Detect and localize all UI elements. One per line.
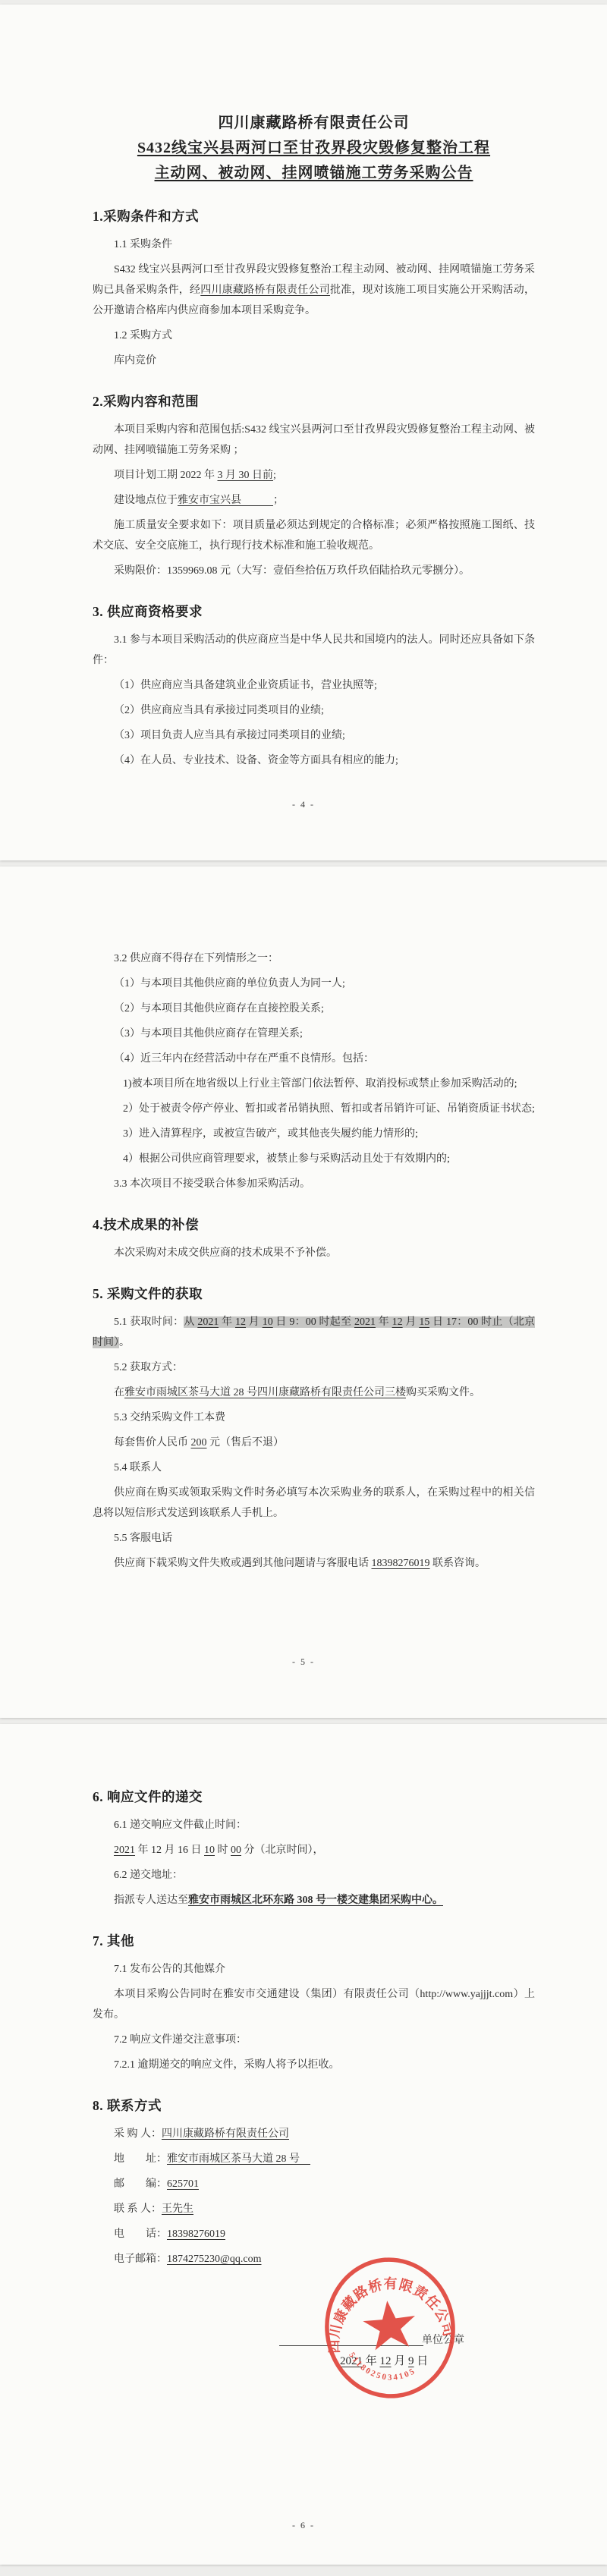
page-3: 6. 响应文件的递交6.1 递交响应文件截止时间：2021 年 12 月 16 … (0, 1724, 607, 2565)
doc-title-line-2: S432线宝兴县两河口至甘孜界段灾毁修复整治工程 (93, 136, 535, 161)
section-heading-8: 8. 联系方式 (93, 2095, 535, 2116)
paragraph: 7.2.1 逾期递交的响应文件，采购人将予以拒收。 (114, 2055, 535, 2075)
list-item: （3）项目负责人应当具有承接过同类项目的业绩; (114, 725, 535, 746)
sub-list-item: 4）根据公司供应商管理要求，被禁止参与采购活动且处于有效期内的; (123, 1149, 535, 1169)
page-1-content: 四川康藏路桥有限责任公司S432线宝兴县两河口至甘孜界段灾毁修复整治工程主动网、… (0, 5, 607, 771)
paragraph: 供应商下载采购文件失败或遇到其他问题请与客服电话 18398276019 联系咨… (93, 1553, 535, 1574)
paragraph: 建设地点位于雅安市宝兴县 ； (114, 490, 535, 511)
sub-list-item: 1)被本项目所在地省级以上行业主管部门依法暂停、取消投标或禁止参加采购活动的; (123, 1074, 535, 1094)
section-heading-6: 6. 响应文件的递交 (93, 1786, 535, 1807)
list-item: （2）与本项目其他供应商存在直接控股关系; (114, 999, 535, 1019)
subsection-1-2: 1.2 采购方式 (114, 326, 535, 346)
sub-list-item: 2）处于被责令停产停业、暂扣或者吊销执照、暂扣或者吊销许可证、吊销资质证书状态; (93, 1099, 535, 1119)
subsection-6-1: 6.1 递交响应文件截止时间： (114, 1815, 535, 1835)
subsection-3-3: 3.3 本次项目不接受联合体参加采购活动。 (114, 1174, 535, 1194)
paragraph: 项目计划工期 2022 年 3 月 30 日前; (114, 465, 535, 486)
paragraph: 指派专人送达至雅安市雨城区北环东路 308 号一楼交建集团采购中心。 (114, 1890, 535, 1911)
contact-email: 电子邮箱：1874275230@qq.com (114, 2249, 535, 2269)
list-item: （2）供应商应当具有承接过同类项目的业绩; (114, 700, 535, 721)
subsection-7-2: 7.2 响应文件递交注意事项： (114, 2030, 535, 2050)
page-1: 四川康藏路桥有限责任公司S432线宝兴县两河口至甘孜界段灾毁修复整治工程主动网、… (0, 5, 607, 860)
doc-title-line-3: 主动网、被动网、挂网喷锚施工劳务采购公告 (93, 161, 535, 186)
page-1-number: - 4 - (0, 799, 607, 810)
section-heading-1: 1.采购条件和方式 (93, 206, 535, 227)
subsection-6-2: 6.2 递交地址： (114, 1865, 535, 1886)
page-3-number: - 6 - (0, 2520, 607, 2531)
page-3-content: 6. 响应文件的递交6.1 递交响应文件截止时间：2021 年 12 月 16 … (0, 1724, 607, 2269)
paragraph: 供应商在购买或领取采购文件时务必填写本次采购业务的联系人，在采购过程中的相关信息… (93, 1483, 535, 1524)
paragraph: 施工质量安全要求如下：项目质量必须达到规定的合格标准；必须严格按照施工图纸、技术… (93, 515, 535, 556)
sub-list-item: 3）进入清算程序，或被宣告破产，或其他丧失履约能力情形的; (123, 1124, 535, 1144)
subsection-3-2: 3.2 供应商不得存在下列情形之一： (114, 948, 535, 969)
doc-title-line-1: 四川康藏路桥有限责任公司 (93, 111, 535, 136)
paragraph: S432 线宝兴县两河口至甘孜界段灾毁修复整治工程主动网、被动网、挂网喷锚施工劳… (93, 259, 535, 321)
page-2-content: 3.2 供应商不得存在下列情形之一：（1）与本项目其他供应商的单位负责人为同一人… (0, 867, 607, 1574)
paragraph: 本项目采购内容和范围包括:S432 线宝兴县两河口至甘孜界段灾毁修复整治工程主动… (93, 420, 535, 461)
contact-person: 联 系 人：王先生 (114, 2199, 535, 2219)
contact-address: 地 址：雅安市雨城区茶马大道 28 号 (114, 2149, 535, 2169)
subsection-5-2: 5.2 获取方式： (114, 1357, 535, 1378)
section-heading-5: 5. 采购文件的获取 (93, 1283, 535, 1304)
section-heading-4: 4.技术成果的补偿 (93, 1214, 535, 1235)
paragraph: 本项目采购公告同时在雅安市交通建设（集团）有限责任公司（http://www.y… (93, 1984, 535, 2025)
contact-postcode: 邮 编：625701 (114, 2174, 535, 2194)
contact-purchaser: 采 购 人：四川康藏路桥有限责任公司 (114, 2124, 535, 2144)
paragraph: 3.1 参与本项目采购活动的供应商应当是中华人民共和国境内的法人。同时还应具备如… (93, 630, 535, 671)
paragraph: 在雅安市雨城区茶马大道 28 号四川康藏路桥有限责任公司三楼购买采购文件。 (114, 1382, 535, 1403)
list-item: （4）在人员、专业技术、设备、资金等方面具有相应的能力; (114, 750, 535, 771)
section-heading-2: 2.采购内容和范围 (93, 391, 535, 412)
star-icon (361, 2298, 418, 2351)
paragraph-highlighted: 5.1 获取时间：从 2021 年 12 月 10 日 9：00 时起至 202… (93, 1312, 535, 1353)
seal-signature-line (279, 2345, 423, 2346)
page-2: 3.2 供应商不得存在下列情形之一：（1）与本项目其他供应商的单位负责人为同一人… (0, 867, 607, 1718)
paragraph: 库内竞价 (114, 351, 535, 371)
paragraph: 2021 年 12 月 16 日 10 时 00 分（北京时间）， (114, 1840, 535, 1860)
seal-icon: 四川康藏路桥有限责任公司 5118025034105 (314, 2248, 465, 2408)
contact-phone: 电 话：18398276019 (114, 2224, 535, 2244)
subsection-5-5: 5.5 客服电话 (114, 1528, 535, 1549)
announcement-date: 2021 年 12 月 9 日 (340, 2352, 428, 2368)
section-heading-3: 3. 供应商资格要求 (93, 601, 535, 622)
company-seal-stamp: 四川康藏路桥有限责任公司 5118025034105 (314, 2248, 465, 2408)
paragraph: 本次采购对未成交供应商的技术成果不予补偿。 (114, 1243, 535, 1263)
page-2-number: - 5 - (0, 1656, 607, 1668)
paragraph: 每套售价人民币 200 元（售后不退） (114, 1433, 535, 1453)
subsection-1-1: 1.1 采购条件 (114, 234, 535, 255)
seal-label: 单位公章 (422, 2332, 464, 2347)
list-item: （3）与本项目其他供应商存在管理关系; (114, 1024, 535, 1044)
paragraph: 采购限价：1359969.08 元（大写：壹佰叁拾伍万玖仟玖佰陆拾玖元零捌分）。 (114, 561, 535, 581)
list-item: （1）与本项目其他供应商的单位负责人为同一人; (114, 973, 535, 994)
list-item: （1）供应商应当具备建筑业企业资质证书，营业执照等; (114, 675, 535, 696)
subsection-5-4: 5.4 联系人 (114, 1458, 535, 1478)
subsection-5-3: 5.3 交纳采购文件工本费 (114, 1408, 535, 1428)
section-heading-7: 7. 其他 (93, 1930, 535, 1952)
list-item: （4）近三年内在经营活动中存在严重不良情形。包括： (114, 1049, 535, 1069)
subsection-7-1: 7.1 发布公告的其他媒介 (114, 1959, 535, 1980)
